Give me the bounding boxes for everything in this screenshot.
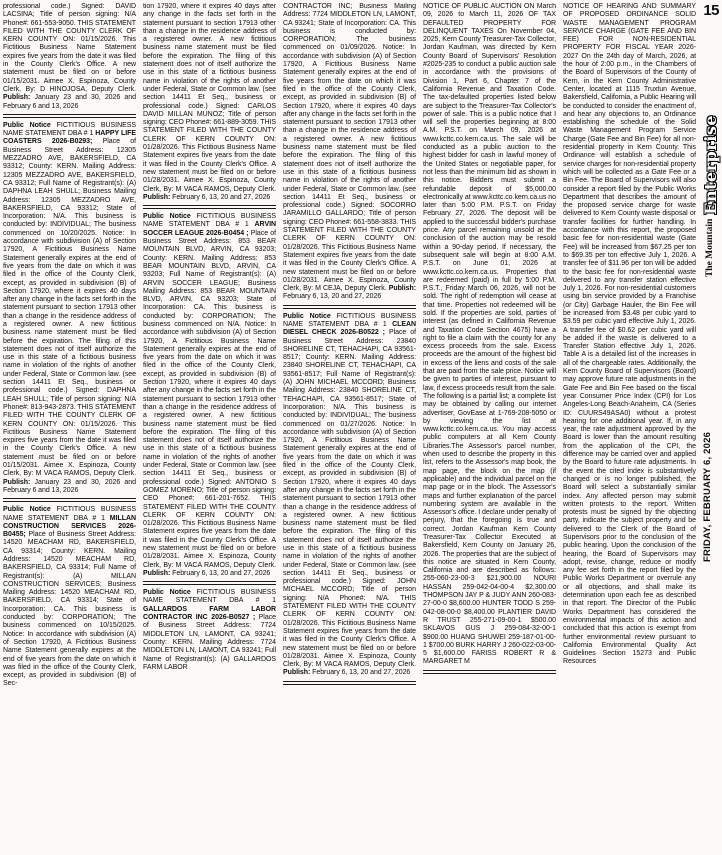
notice-separator	[3, 498, 136, 502]
public-notice: CONTRACTOR INC; Business Mailing Address…	[283, 3, 416, 302]
date-line: FRIDAY, FEBRUARY 6, 2026	[702, 336, 716, 562]
public-notice: NOTICE OF PUBLIC AUCTION ON March 09, 20…	[423, 3, 556, 667]
news-column: professional code.) Signed: DAVID LACSIN…	[3, 3, 136, 852]
public-notice: Public Notice FICTITIOUS BUSINESS NAME S…	[283, 313, 416, 678]
public-notice: professional code.) Signed: DAVID LACSIN…	[3, 3, 136, 111]
notice-separator	[3, 114, 136, 118]
page-number: 15	[703, 3, 719, 18]
notice-separator	[143, 205, 276, 209]
news-column: NOTICE OF HEARING AND SUMMARY OF PROPOSE…	[563, 3, 696, 852]
public-notice: Public Notice FICTITIOUS BUSINESS NAME S…	[143, 589, 276, 672]
public-notice: Public Notice FICTITIOUS BUSINESS NAME S…	[143, 213, 276, 578]
public-notice: Public Notice FICTITIOUS BUSINESS NAME S…	[3, 122, 136, 495]
news-column: CONTRACTOR INC; Business Mailing Address…	[283, 3, 416, 852]
columns-area: professional code.) Signed: DAVID LACSIN…	[3, 3, 696, 852]
masthead: The Mountain Enterprise	[699, 82, 721, 310]
public-notice: Public Notice FICTITIOUS BUSINESS NAME S…	[3, 506, 136, 689]
notice-separator	[283, 681, 416, 685]
public-notice: tion 17920, where it expires 40 days aft…	[143, 3, 276, 202]
notice-separator	[283, 305, 416, 309]
public-notice: NOTICE OF HEARING AND SUMMARY OF PROPOSE…	[563, 3, 696, 667]
newspaper-page: professional code.) Signed: DAVID LACSIN…	[0, 0, 722, 855]
masthead-title: Enterprise	[701, 115, 720, 215]
masthead-prefix: The Mountain	[705, 219, 715, 277]
news-column: NOTICE OF PUBLIC AUCTION ON March 09, 20…	[423, 3, 556, 852]
notice-separator	[423, 670, 556, 674]
notice-separator	[143, 581, 276, 585]
news-column: tion 17920, where it expires 40 days aft…	[143, 3, 276, 852]
